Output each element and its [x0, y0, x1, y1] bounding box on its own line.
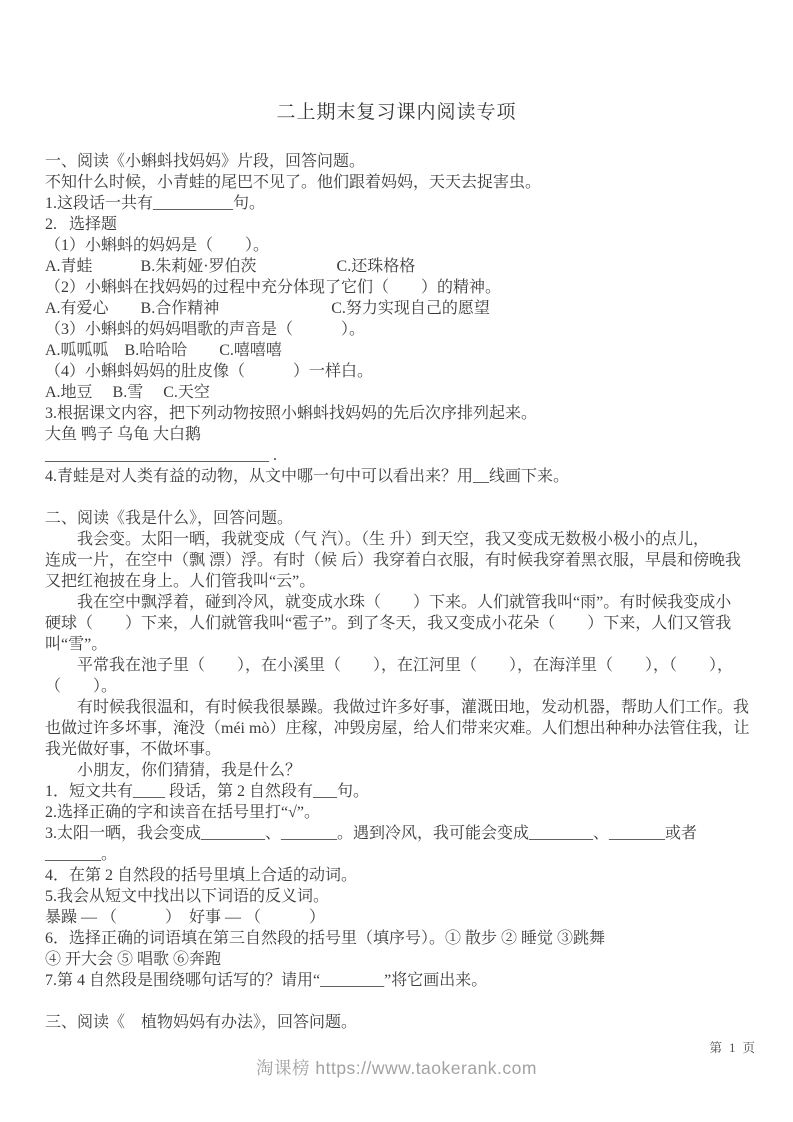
watermark-link[interactable]: 淘课榜 https://www.taokerank.com [0, 1055, 793, 1080]
text-line: 6．选择正确的词语填在第三自然段的括号里（填序号）。① 散步 ② 睡觉 ③跳舞 [45, 928, 759, 949]
text-line: 3.根据课文内容，把下列动物按照小蝌蚪找妈妈的先后次序排列起来。 [45, 403, 759, 424]
text-line: 1.这段话一共有__________句。 [45, 193, 759, 214]
page-number: 第 1 页 [709, 1038, 757, 1056]
text-line [45, 991, 759, 1012]
worksheet-page: 二上期末复习课内阅读专项 一、阅读《小蝌蚪找妈妈》片段，回答问题。不知什么时候，… [0, 0, 793, 1122]
text-line: 连成一片，在空中（飘 漂）浮。有时（候 后）我穿着白衣服，有时候我穿着黑衣服，早… [45, 550, 759, 571]
text-line: （3）小蝌蚪的妈妈唱歌的声音是（ ）。 [45, 319, 759, 340]
text-line: 7.第 4 自然段是围绕哪句话写的？请用“________”将它画出来。 [45, 970, 759, 991]
text-line: 也做过许多坏事，淹没（méi mò）庄稼，冲毁房屋，给人们带来灾难。人们想出种种… [45, 718, 759, 739]
text-line: （1）小蝌蚪的妈妈是（ ）。 [45, 235, 759, 256]
text-line: 有时候我很温和，有时候我很暴躁。我做过许多好事，灌溉田地，发动机器，帮助人们工作… [45, 697, 759, 718]
text-line: 2. 选择题 [45, 214, 759, 235]
text-line: 平常我在池子里（ ），在小溪里（ ），在江河里（ ），在海洋里（ ），（ ）， [45, 655, 759, 676]
text-line: 大鱼 鸭子 乌龟 大白鹅 [45, 424, 759, 445]
text-line: 4．在第 2 自然段的括号里填上合适的动词。 [45, 865, 759, 886]
text-line: ④ 开大会 ⑤ 唱歌 ⑥奔跑 [45, 949, 759, 970]
text-line: 我光做好事，不做坏事。 [45, 739, 759, 760]
text-line: 1．短文共有____ 段话，第 2 自然段有___句。 [45, 781, 759, 802]
text-line: 一、阅读《小蝌蚪找妈妈》片段，回答问题。 [45, 151, 759, 172]
text-line: 2.选择正确的字和读音在括号里打“√”。 [45, 802, 759, 823]
text-line: （ ）。 [45, 676, 759, 697]
text-line: A.呱呱呱 B.哈哈哈 C.嘻嘻嘻 [45, 340, 759, 361]
document-body: 一、阅读《小蝌蚪找妈妈》片段，回答问题。不知什么时候，小青蛙的尾巴不见了。他们跟… [45, 151, 759, 1033]
text-line [45, 487, 759, 508]
text-line: 小朋友，你们猜猜，我是什么？ [45, 760, 759, 781]
text-line: 3.太阳一晒，我会变成________、_______。遇到冷风，我可能会变成_… [45, 823, 759, 844]
text-line: 不知什么时候，小青蛙的尾巴不见了。他们跟着妈妈，天天去捉害虫。 [45, 172, 759, 193]
text-line: （4）小蝌蚪妈妈的肚皮像（ ）一样白。 [45, 361, 759, 382]
text-line: 我在空中飘浮着，碰到冷风，就变成水珠（ ）下来。人们就管我叫“雨”。有时候我变成… [45, 592, 759, 613]
text-line: 叫“雪”。 [45, 634, 759, 655]
text-line: A.青蛙 B.朱莉娅·罗伯茨 C.还珠格格 [45, 256, 759, 277]
text-line: A.有爱心 B.合作精神 C.努力实现自己的愿望 [45, 298, 759, 319]
text-line: 4.青蛙是对人类有益的动物，从文中哪一句中可以看出来？用__线画下来。 [45, 466, 759, 487]
text-line: 硬球（ ）下来，人们就管我叫“雹子”。到了冬天，我又变成小花朵（ ）下来，人们又… [45, 613, 759, 634]
text-line: 5.我会从短文中找出以下词语的反义词。 [45, 886, 759, 907]
text-line: （2）小蝌蚪在找妈妈的过程中充分体现了它们（ ）的精神。 [45, 277, 759, 298]
text-line: _______。 [45, 844, 759, 865]
text-line: 二、阅读《我是什么》，回答问题。 [45, 508, 759, 529]
text-line: ____________________________ . [45, 445, 759, 466]
page-title: 二上期末复习课内阅读专项 [0, 97, 793, 124]
text-line: 又把红袍披在身上。人们管我叫“云”。 [45, 571, 759, 592]
text-line: 我会变。太阳一晒，我就变成（气 汽）。（生 升）到天空，我又变成无数极小极小的点… [45, 529, 759, 550]
text-line: 三、阅读《 植物妈妈有办法》，回答问题。 [45, 1012, 759, 1033]
text-line: 暴躁 — （ ） 好事 — （ ） [45, 907, 759, 928]
text-line: A.地豆 B.雪 C.天空 [45, 382, 759, 403]
